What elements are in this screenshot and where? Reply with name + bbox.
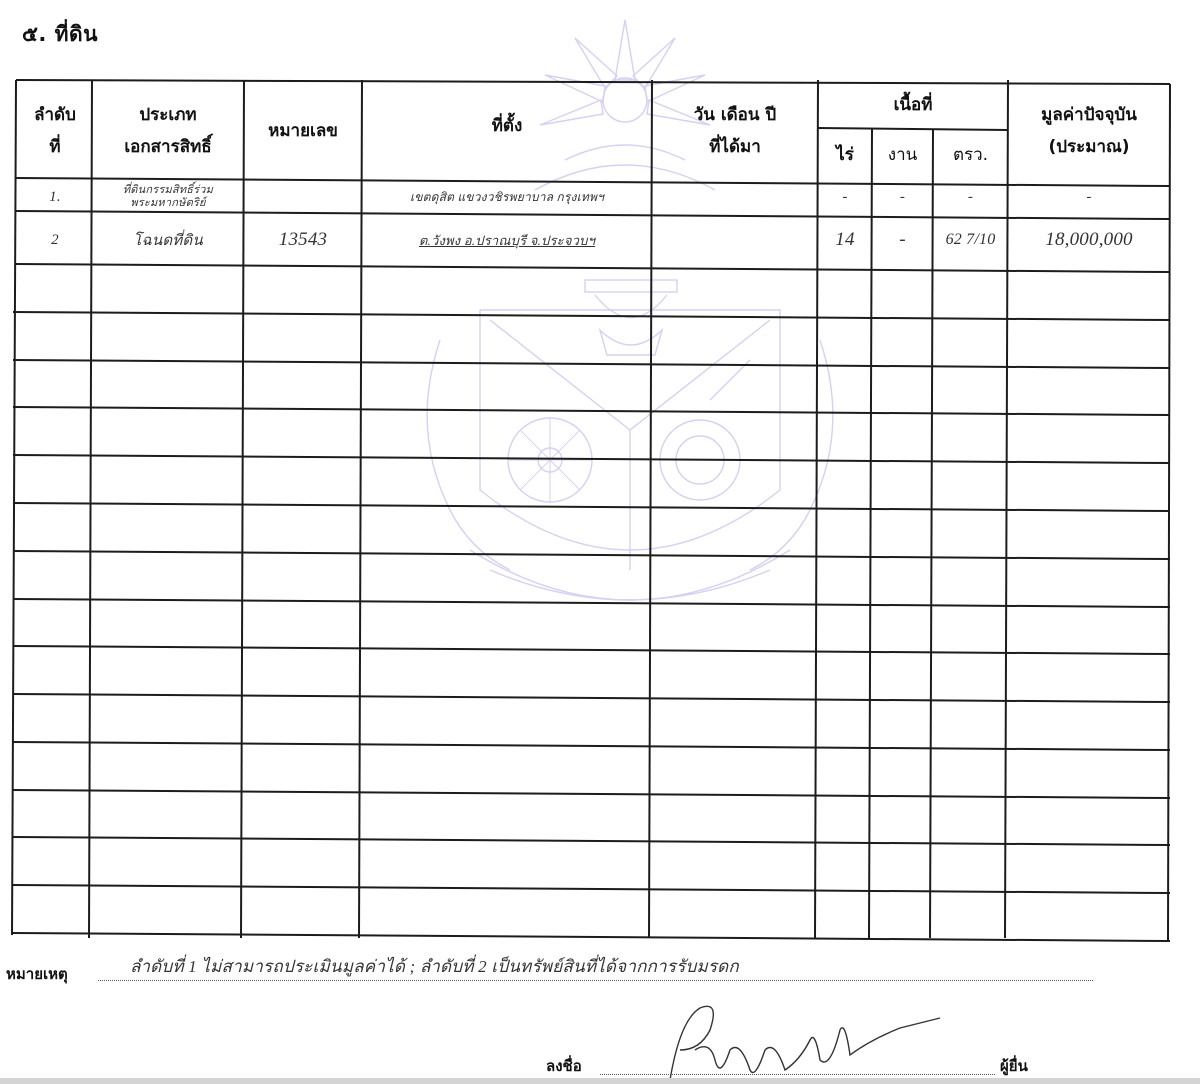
row1-ngan-value: - <box>900 189 905 206</box>
header-order: ลำดับ ที่ <box>18 82 92 180</box>
header-value-line2: (ประมาณ) <box>1048 131 1129 163</box>
header-acquired-date: วัน เดือน ปี ที่ได้มา <box>652 82 818 180</box>
header-date-line2: ที่ได้มา <box>709 131 761 163</box>
header-location: ที่ตั้ง <box>362 82 652 180</box>
header-doc-type-line1: ประเภท <box>139 99 196 131</box>
row1-sqwa: - <box>933 181 1008 213</box>
row1-number <box>244 181 362 213</box>
header-value-line1: มูลค่าปัจจุบัน <box>1041 99 1137 131</box>
row1-doc-type: ที่ดินกรรมสิทธิ์ร่วม พระมหากษัตริย์ <box>92 181 244 213</box>
row1-rai-value: - <box>842 189 847 206</box>
row1-sqwa-value: - <box>968 189 973 206</box>
header-area: เนื้อที่ <box>818 82 1008 128</box>
header-area-rai: ไร่ <box>818 130 872 180</box>
header-sqwa-label: ตรว. <box>953 139 988 171</box>
header-number-label: หมายเลข <box>268 115 338 147</box>
row2-sqwa: 62 7/10 <box>933 214 1008 266</box>
header-area-ngan: งาน <box>872 130 933 180</box>
row1-order-value: 1. <box>49 189 61 206</box>
header-doc-type: ประเภท เอกสารสิทธิ์ <box>92 82 244 180</box>
row2-ngan-value: - <box>899 229 906 251</box>
header-date-line1: วัน เดือน ปี <box>694 99 776 131</box>
row2-value: 18,000,000 <box>1008 214 1170 266</box>
row2-doc-type: โฉนดที่ดิน <box>92 214 244 266</box>
header-ngan-label: งาน <box>888 139 917 171</box>
row2-order-value: 2 <box>51 232 59 249</box>
header-value: มูลค่าปัจจุบัน (ประมาณ) <box>1008 82 1170 180</box>
remarks-label: หมายเหตุ <box>6 962 68 986</box>
row2-order: 2 <box>18 214 92 266</box>
scan-edge <box>0 1078 1200 1084</box>
row1-value-value: - <box>1086 189 1091 206</box>
row1-order: 1. <box>18 181 92 213</box>
row2-value-value: 18,000,000 <box>1045 229 1133 251</box>
remarks-text: ลำดับที่ 1 ไม่สามารถประเมินมูลค่าได้ ; ล… <box>130 953 739 980</box>
row2-ngan: - <box>872 214 933 266</box>
row1-rai: - <box>818 181 872 213</box>
header-order-line2: ที่ <box>49 131 60 163</box>
row2-rai: 14 <box>818 214 872 266</box>
header-order-line1: ลำดับ <box>34 99 76 131</box>
row2-location-value: ต.วังพง อ.ปราณบุรี จ.ประจวบฯ <box>419 230 595 251</box>
row1-location-value: เขตดุสิต แขวงวชิรพยาบาล กรุงเทพฯ <box>410 188 604 207</box>
row1-doc-type-line1: ที่ดินกรรมสิทธิ์ร่วม <box>123 184 213 197</box>
row1-location: เขตดุสิต แขวงวชิรพยาบาล กรุงเทพฯ <box>362 181 652 213</box>
signature-label: ลงชื่อ <box>546 1054 582 1078</box>
row2-number-value: 13543 <box>279 229 328 251</box>
signature-icon <box>640 1000 980 1084</box>
row2-rai-value: 14 <box>835 229 854 251</box>
header-rai-label: ไร่ <box>836 139 854 171</box>
row2-number: 13543 <box>244 214 362 266</box>
header-area-label: เนื้อที่ <box>894 89 933 121</box>
signature-suffix: ผู้ยื่น <box>1000 1054 1028 1078</box>
row1-doc-type-line2: พระมหากษัตริย์ <box>130 197 205 210</box>
header-number: หมายเลข <box>244 82 362 180</box>
row2-location: ต.วังพง อ.ปราณบุรี จ.ประจวบฯ <box>362 214 652 266</box>
header-area-sqwa: ตรว. <box>933 130 1008 180</box>
signature-dotted-line <box>600 1074 995 1075</box>
row2-sqwa-value: 62 7/10 <box>946 231 996 249</box>
row1-ngan: - <box>872 181 933 213</box>
header-doc-type-line2: เอกสารสิทธิ์ <box>124 131 211 163</box>
row2-doc-type-value: โฉนดที่ดิน <box>133 228 203 252</box>
remarks-dotted-line <box>98 980 1093 981</box>
row1-value: - <box>1008 181 1170 213</box>
header-location-label: ที่ตั้ง <box>492 110 523 142</box>
